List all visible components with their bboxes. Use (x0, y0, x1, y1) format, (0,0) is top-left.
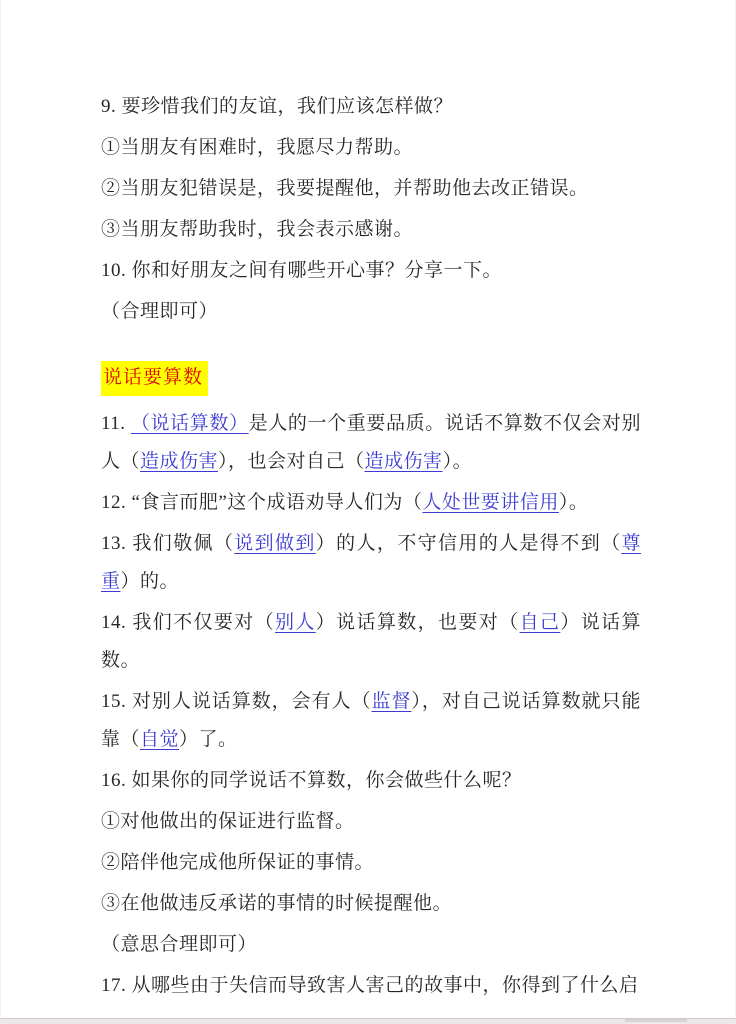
answer-blank-text: 造成伤害 (140, 451, 218, 472)
plain-text: 10. 你和好朋友之间有哪些开心事？分享一下。 (101, 260, 502, 281)
plain-text: ①当朋友有困难时，我愿尽力帮助。 (101, 137, 413, 158)
question-13: 13. 我们敬佩（说到做到）的人，不守信用的人是得不到（尊重）的。 (101, 525, 641, 601)
answer-16-point-2: ②陪伴他完成他所保证的事情。 (101, 844, 641, 882)
answer-blank-text: 人处世要讲信用 (422, 492, 559, 513)
answer-blank-text: （说话算数） (131, 413, 249, 434)
answer-16-point-3: ③在他做违反承诺的事情的时候提醒他。 (101, 885, 641, 923)
plain-text: ②陪伴他完成他所保证的事情。 (101, 852, 374, 873)
plain-text: ③当朋友帮助我时，我会表示感谢。 (101, 219, 413, 240)
answer-blank-text: 自觉 (140, 729, 179, 750)
page-bottom-edge (0, 1020, 736, 1024)
question-12: 12. “食言而肥”这个成语劝导人们为（人处世要讲信用）。 (101, 484, 641, 522)
page-edge-shadow (625, 1019, 687, 1022)
plain-text: 12. “食言而肥”这个成语劝导人们为（ (101, 492, 422, 513)
plain-text: 17. 从哪些由于失信而导致害人害己的故事中，你得到了什么启 (101, 975, 639, 996)
plain-text: 11. (101, 413, 131, 434)
plain-text: ①对他做出的保证进行监督。 (101, 811, 355, 832)
plain-text: （合理即可） (101, 301, 218, 322)
answer-9-point-2: ②当朋友犯错误是，我要提醒他，并帮助他去改正错误。 (101, 170, 641, 208)
plain-text: ）的。 (121, 571, 180, 592)
question-16: 16. 如果你的同学说话不算数，你会做些什么呢？ (101, 762, 641, 800)
answer-9-point-1: ①当朋友有困难时，我愿尽力帮助。 (101, 129, 641, 167)
question-15: 15. 对别人说话算数，会有人（监督），对自己说话算数就只能靠（自觉）了。 (101, 683, 641, 759)
plain-text: ）了。 (179, 729, 238, 750)
question-10: 10. 你和好朋友之间有哪些开心事？分享一下。 (101, 252, 641, 290)
plain-text: 16. 如果你的同学说话不算数，你会做些什么呢？ (101, 770, 522, 791)
question-14: 14. 我们不仅要对（别人）说话算数，也要对（自己）说话算数。 (101, 604, 641, 680)
answer-10-note: （合理即可） (101, 293, 641, 331)
plain-text: ），也会对自己（ (218, 451, 365, 472)
plain-text: ）。 (443, 451, 473, 472)
plain-text: 15. 对别人说话算数，会有人（ (101, 691, 371, 712)
answer-blank-text: 别人 (275, 612, 316, 633)
plain-text: 9. 要珍惜我们的友谊，我们应该怎样做？ (101, 96, 453, 117)
plain-text: ）说话算数，也要对（ (316, 612, 520, 633)
answer-blank-text: 自己 (520, 612, 561, 633)
plain-text: ）。 (559, 492, 589, 513)
plain-text: 14. 我们不仅要对（ (101, 612, 275, 633)
answer-blank-text: 说到做到 (234, 533, 316, 554)
question-17: 17. 从哪些由于失信而导致害人害己的故事中，你得到了什么启 (101, 967, 641, 1005)
question-11: 11. （说话算数）是人的一个重要品质。说话不算数不仅会对别人（造成伤害），也会… (101, 405, 641, 481)
answer-blank-text: 造成伤害 (365, 451, 443, 472)
document-page: 9. 要珍惜我们的友谊，我们应该怎样做？①当朋友有困难时，我愿尽力帮助。②当朋友… (0, 0, 736, 1019)
plain-text: ）的人，不守信用的人是得不到（ (316, 533, 622, 554)
highlighted-section-title: 说话要算数 (101, 361, 208, 396)
plain-text: （意思合理即可） (101, 934, 257, 955)
plain-text: ②当朋友犯错误是，我要提醒他，并帮助他去改正错误。 (101, 178, 589, 199)
plain-text: ③在他做违反承诺的事情的时候提醒他。 (101, 893, 452, 914)
section-title: 说话要算数 (101, 361, 641, 396)
answer-16-point-1: ①对他做出的保证进行监督。 (101, 803, 641, 841)
answer-blank-text: 监督 (371, 691, 411, 712)
answer-9-point-3: ③当朋友帮助我时，我会表示感谢。 (101, 211, 641, 249)
plain-text: 13. 我们敬佩（ (101, 533, 234, 554)
question-9: 9. 要珍惜我们的友谊，我们应该怎样做？ (101, 88, 641, 126)
document-viewport: 9. 要珍惜我们的友谊，我们应该怎样做？①当朋友有困难时，我愿尽力帮助。②当朋友… (0, 0, 736, 1024)
answer-16-note: （意思合理即可） (101, 926, 641, 964)
